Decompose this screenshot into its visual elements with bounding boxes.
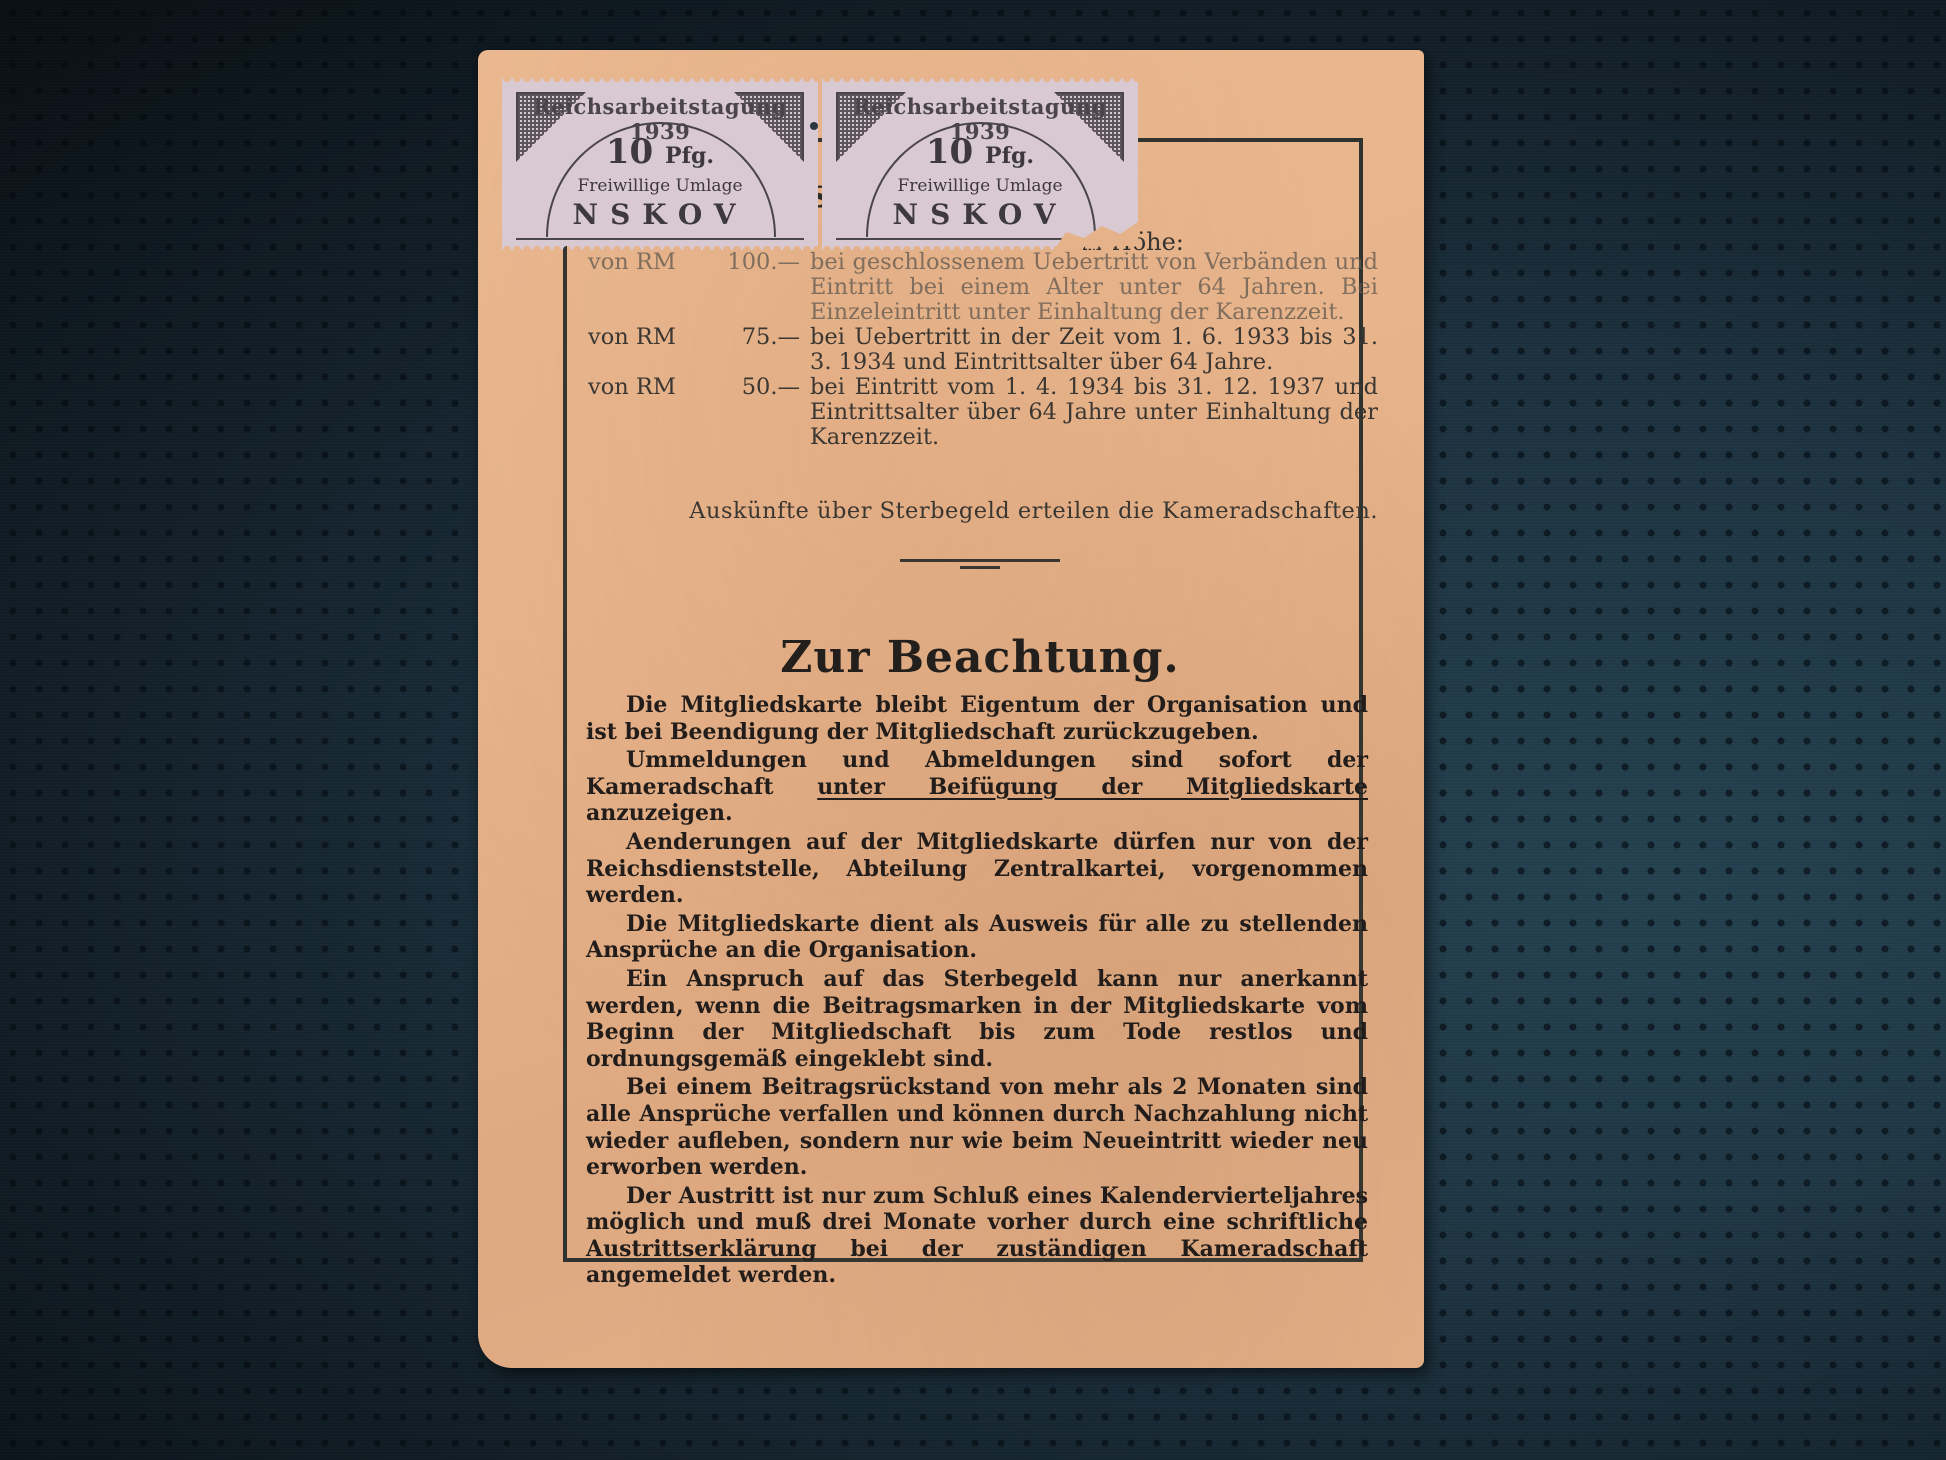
stamp-perforation-hole <box>810 122 818 130</box>
benefit-row: von RM 50.— bei Eintritt vom 1. 4. 1934 … <box>588 375 1378 450</box>
notice-paragraph: Aenderungen auf der Mitgliedskarte dürfe… <box>586 829 1368 909</box>
death-benefit-table: von RM 100.— bei geschlossenem Uebertrit… <box>588 250 1378 450</box>
underlined-phrase: unter Beifügung der Mitgliedskarte <box>817 774 1368 800</box>
stamp-organization: NSKOV <box>516 198 804 231</box>
benefit-row: von RM 75.— bei Uebertritt in der Zeit v… <box>588 325 1378 375</box>
benefit-description: bei Eintritt vom 1. 4. 1934 bis 31. 12. … <box>810 375 1378 450</box>
stamp-subtitle: Freiwillige Umlage <box>836 176 1124 196</box>
death-benefit-info: Auskünfte über Sterbegeld erteilen die K… <box>628 498 1378 524</box>
section-divider-short <box>960 566 1000 569</box>
contribution-stamp: Reichsarbeitstagung 1939 10 Pfg. Freiwil… <box>502 78 818 250</box>
section-divider <box>900 559 1060 562</box>
notice-paragraph: Ummeldungen und Abmeldungen sind sofort … <box>586 747 1368 827</box>
benefit-description: bei geschlossenem Uebertritt von Verbänd… <box>810 250 1378 325</box>
benefit-amount: 75.— <box>742 325 800 375</box>
stamp-organization: NSKOV <box>836 198 1124 231</box>
benefit-currency-label: von RM <box>588 325 676 375</box>
stamp-value: 10 Pfg. <box>836 132 1124 172</box>
notice-paragraph: Der Austritt ist nur zum Schluß eines Ka… <box>586 1183 1368 1289</box>
notice-paragraph: Die Mitgliedskarte bleibt Eigentum der O… <box>586 692 1368 745</box>
notice-paragraph: Bei einem Beitragsrückstand von mehr als… <box>586 1074 1368 1180</box>
benefit-amount: 50.— <box>742 375 800 450</box>
stamp-value: 10 Pfg. <box>516 132 804 172</box>
notice-paragraph: Ein Anspruch auf das Sterbegeld kann nur… <box>586 966 1368 1072</box>
benefit-amount: 100.— <box>727 250 800 325</box>
benefit-row: von RM 100.— bei geschlossenem Uebertrit… <box>588 250 1378 325</box>
notice-title: Zur Beachtung. <box>560 632 1400 683</box>
stamp-subtitle: Freiwillige Umlage <box>516 176 804 196</box>
benefit-description: bei Uebertritt in der Zeit vom 1. 6. 193… <box>810 325 1378 375</box>
contribution-stamp: Reichsarbeitstagung 1939 10 Pfg. Freiwil… <box>822 78 1138 250</box>
benefit-currency-label: von RM <box>588 375 676 450</box>
notice-paragraph: Die Mitgliedskarte dient als Ausweis für… <box>586 911 1368 964</box>
notice-body: Die Mitgliedskarte bleibt Eigentum der O… <box>586 692 1368 1291</box>
benefit-currency-label: von RM <box>588 250 676 325</box>
